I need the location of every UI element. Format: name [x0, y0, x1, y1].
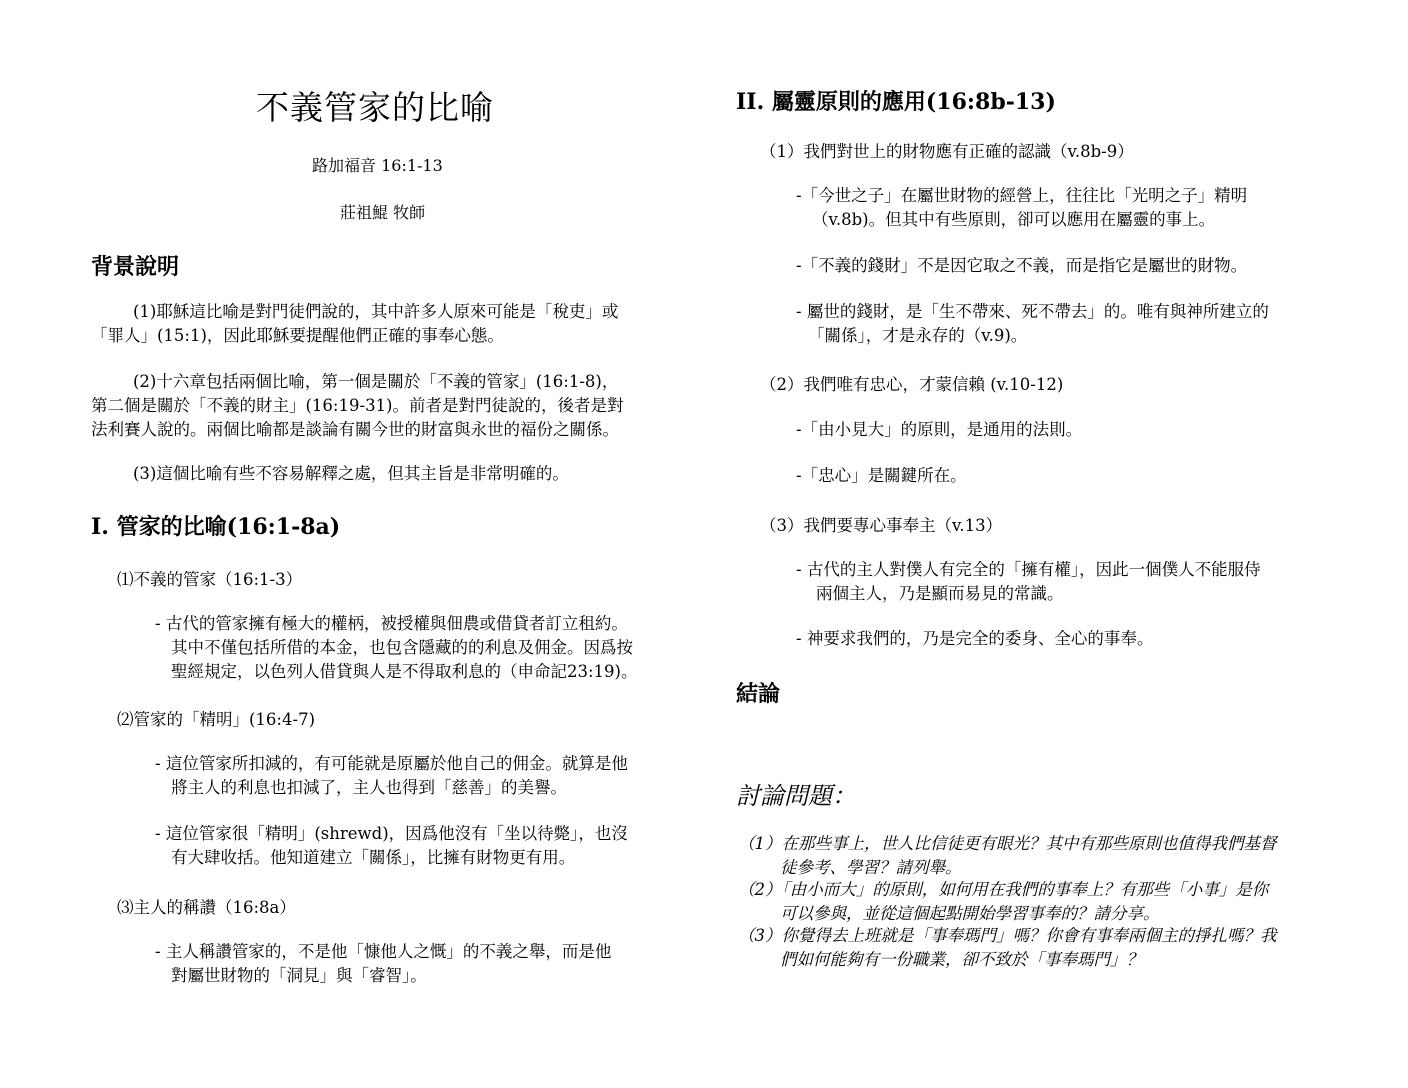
subsection-2-3-bullet-2: - 神要求我們的，乃是完全的委身、全心的事奉。: [796, 627, 1153, 651]
subsection-2-2-label: （2）我們唯有忠心，才蒙信賴 (v.10-12): [760, 371, 1063, 395]
discussion-question-1: （1）在那些事上，世人比信徒更有眼光？其中有那些原則也值得我們基督 徒參考、學習…: [738, 832, 1277, 880]
question-line: （2）「由小而大」的原則，如何用在我們的事奉上？有那些「小事」是你: [738, 878, 1268, 902]
subsection-2-1-bullet-3: - 屬世的錢財，是「生不帶來、死不帶去」的。唯有與神所建立的 「關係」，才是永存…: [796, 300, 1269, 348]
background-heading: 背景說明: [91, 250, 179, 281]
bullet-line: - 古代的主人對僕人有完全的「擁有權」，因此一個僕人不能服侍: [796, 558, 1261, 582]
question-line: （3）你覺得去上班就是「事奉瑪門」嗎？你會有事奉兩個主的掙扎嗎？我: [738, 924, 1277, 948]
bullet-line: - 這位管家很「精明」(shrewd)，因爲他沒有「坐以待斃」，也沒: [155, 822, 628, 846]
scripture-reference: 路加福音 16:1-13: [312, 153, 443, 176]
subsection-2-3-label: （3）我們要專心事奉主（v.13）: [760, 512, 1002, 536]
subsection-2-3-bullet-1: - 古代的主人對僕人有完全的「擁有權」，因此一個僕人不能服侍 兩個主人，乃是顯而…: [796, 558, 1261, 606]
bullet-line: -「由小見大」的原則，是通用的法則。: [796, 418, 1082, 442]
bullet-line: - 屬世的錢財，是「生不帶來、死不帶去」的。唯有與神所建立的: [796, 300, 1269, 324]
background-paragraph-2: (2)十六章包括兩個比喻，第一個是關於「不義的管家」(16:1-8)， 第二個是…: [91, 370, 624, 442]
paragraph-line: 「罪人」(15:1)，因此耶穌要提醒他們正確的事奉心態。: [91, 324, 618, 348]
bullet-line: -「不義的錢財」不是因它取之不義，而是指它是屬世的財物。: [796, 254, 1247, 278]
section-1-heading: I. 管家的比喻(16:1-8a): [91, 510, 340, 541]
paragraph-line: 法利賽人說的。兩個比喻都是談論有關今世的財富與永世的福份之關係。: [91, 418, 624, 442]
subsection-1-3-bullet: - 主人稱讚管家的，不是他「慷他人之慨」的不義之舉，而是他 對屬世財物的「洞見」…: [155, 940, 611, 988]
bullet-line: - 這位管家所扣減的，有可能就是原屬於他自己的佣金。就算是他: [155, 752, 628, 776]
question-line: （1）在那些事上，世人比信徒更有眼光？其中有那些原則也值得我們基督: [738, 832, 1277, 856]
bullet-line: 兩個主人，乃是顯而易見的常識。: [796, 582, 1261, 606]
subsection-1-2-bullet-1: - 這位管家所扣減的，有可能就是原屬於他自己的佣金。就算是他 將主人的利息也扣減…: [155, 752, 628, 800]
bullet-line: 其中不僅包括所借的本金，也包含隱藏的的利息及佣金。因爲按: [155, 636, 638, 660]
paragraph-line: (2)十六章包括兩個比喻，第一個是關於「不義的管家」(16:1-8)，: [91, 370, 624, 394]
subsection-2-1-label: （1）我們對世上的財物應有正確的認識（v.8b-9）: [760, 138, 1134, 162]
bullet-line: -「忠心」是關鍵所在。: [796, 464, 967, 488]
paragraph-line: (3)這個比喻有些不容易解釋之處，但其主旨是非常明確的。: [91, 462, 569, 486]
author-name: 莊祖鯤 牧師: [340, 200, 425, 223]
subsection-2-1-bullet-1: -「今世之子」在屬世財物的經營上，往往比「光明之子」精明 （v.8b)。但其中有…: [796, 184, 1247, 232]
bullet-line: 對屬世財物的「洞見」與「睿智」。: [155, 964, 611, 988]
document-title: 不義管家的比喻: [256, 82, 494, 129]
subsection-1-2-bullet-2: - 這位管家很「精明」(shrewd)，因爲他沒有「坐以待斃」，也沒 有大肆收括…: [155, 822, 628, 870]
bullet-line: （v.8b)。但其中有些原則，卻可以應用在屬靈的事上。: [796, 208, 1247, 232]
subsection-2-1-bullet-2: -「不義的錢財」不是因它取之不義，而是指它是屬世的財物。: [796, 254, 1247, 278]
subsection-1-1-bullet: - 古代的管家擁有極大的權柄，被授權與佃農或借貸者訂立租約。 其中不僅包括所借的…: [155, 612, 638, 684]
subsection-2-2-bullet-1: -「由小見大」的原則，是通用的法則。: [796, 418, 1082, 442]
bullet-line: 「關係」，才是永存的（v.9)。: [796, 324, 1269, 348]
bullet-line: 將主人的利息也扣減了，主人也得到「慈善」的美譽。: [155, 776, 628, 800]
subsection-1-2-label: ⑵管家的「精明」(16:4-7): [117, 706, 315, 730]
discussion-question-3: （3）你覺得去上班就是「事奉瑪門」嗎？你會有事奉兩個主的掙扎嗎？我 們如何能夠有…: [738, 924, 1277, 972]
bullet-line: - 古代的管家擁有極大的權柄，被授權與佃農或借貸者訂立租約。: [155, 612, 638, 636]
question-line: 們如何能夠有一份職業，卻不致於「事奉瑪門」？: [738, 948, 1277, 972]
paragraph-line: (1)耶穌這比喻是對門徒們說的，其中許多人原來可能是「稅吏」或: [91, 300, 618, 324]
subsection-1-1-label: ⑴不義的管家（16:1-3）: [117, 566, 302, 590]
bullet-line: - 主人稱讚管家的，不是他「慷他人之慨」的不義之舉，而是他: [155, 940, 611, 964]
subsection-2-2-bullet-2: -「忠心」是關鍵所在。: [796, 464, 967, 488]
background-paragraph-3: (3)這個比喻有些不容易解釋之處，但其主旨是非常明確的。: [91, 462, 569, 486]
bullet-line: - 神要求我們的，乃是完全的委身、全心的事奉。: [796, 627, 1153, 651]
discussion-question-2: （2）「由小而大」的原則，如何用在我們的事奉上？有那些「小事」是你 可以參與，並…: [738, 878, 1268, 926]
subsection-1-3-label: ⑶主人的稱讚（16:8a）: [117, 894, 296, 918]
question-line: 徒參考、學習？請列舉。: [738, 856, 1277, 880]
bullet-line: 有大肆收括。他知道建立「關係」，比擁有財物更有用。: [155, 846, 628, 870]
conclusion-heading: 結論: [736, 677, 780, 708]
question-line: 可以參與，並從這個起點開始學習事奉的？請分享。: [738, 902, 1268, 926]
document-page: 不義管家的比喻 路加福音 16:1-13 莊祖鯤 牧師 背景說明 (1)耶穌這比…: [0, 0, 1408, 1088]
background-paragraph-1: (1)耶穌這比喻是對門徒們說的，其中許多人原來可能是「稅吏」或 「罪人」(15:…: [91, 300, 618, 348]
section-2-heading: II. 屬靈原則的應用(16:8b-13): [736, 85, 1056, 116]
discussion-heading: 討論問題：: [736, 776, 856, 811]
bullet-line: 聖經規定，以色列人借貸與人是不得取利息的（申命記23:19)。: [155, 660, 638, 684]
bullet-line: -「今世之子」在屬世財物的經營上，往往比「光明之子」精明: [796, 184, 1247, 208]
paragraph-line: 第二個是關於「不義的財主」(16:19-31)。前者是對門徒說的，後者是對: [91, 394, 624, 418]
